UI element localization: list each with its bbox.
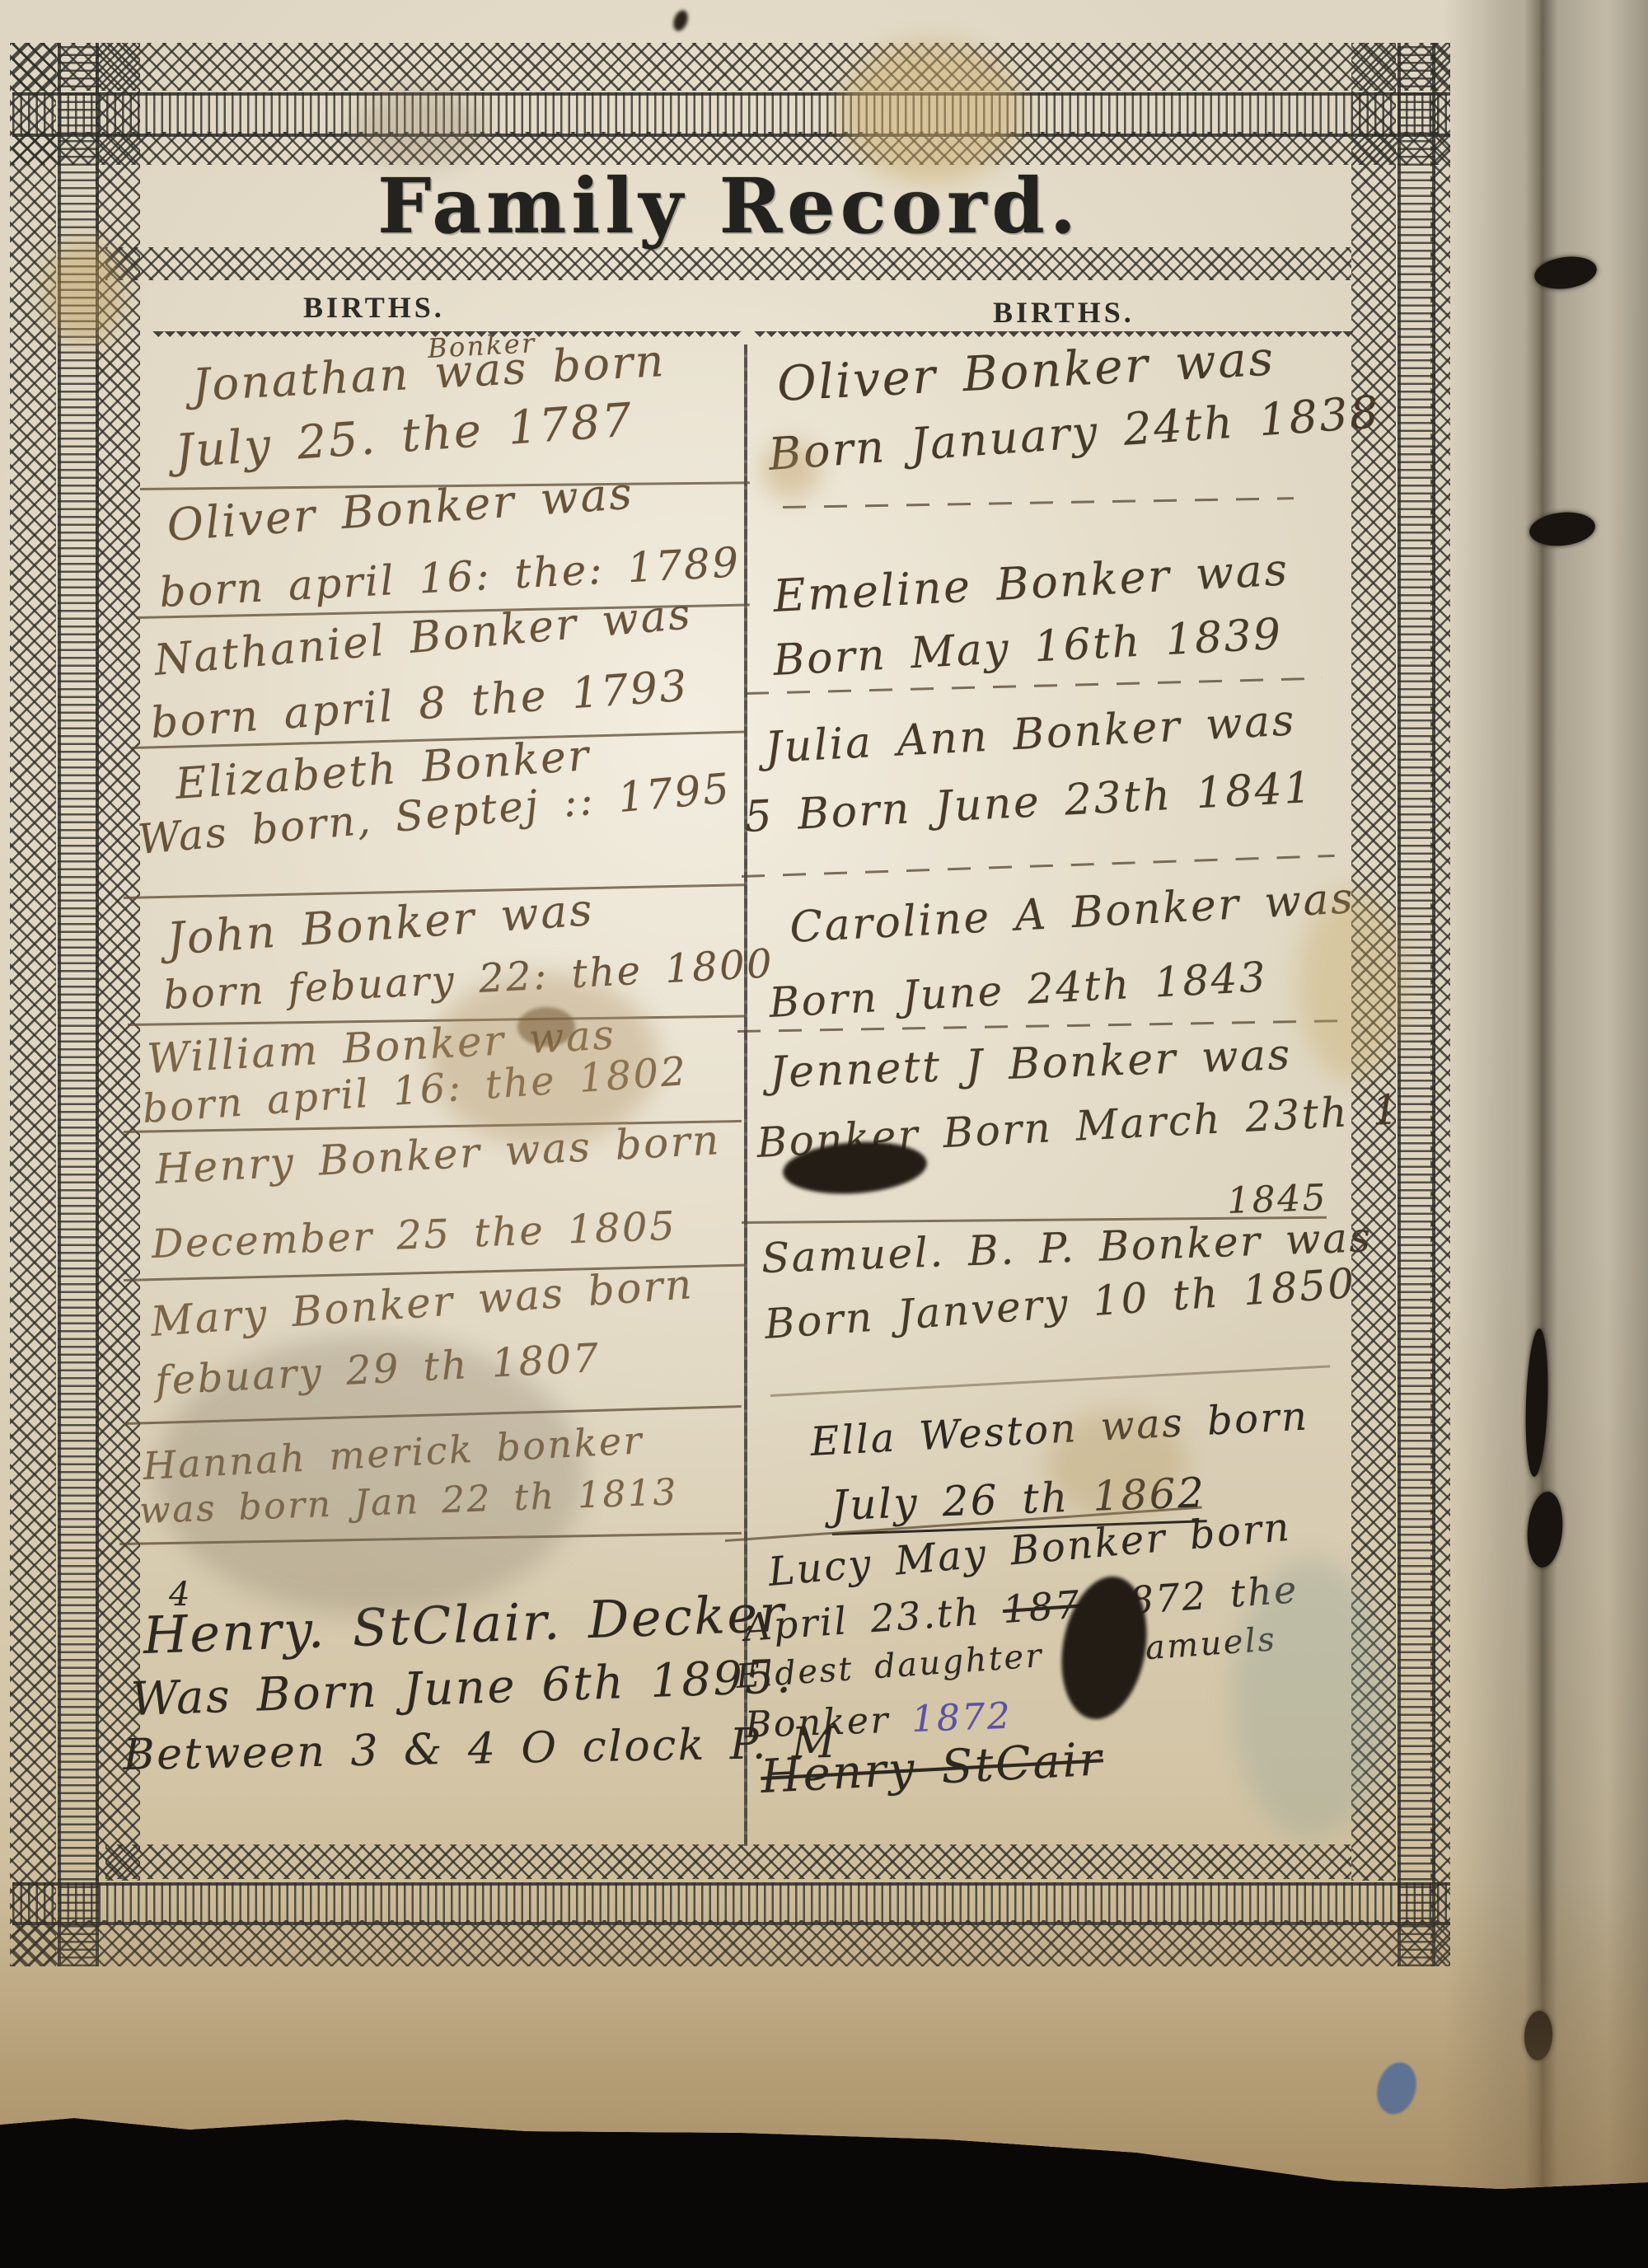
border-lattice-below-title [105, 247, 1351, 280]
border-lattice-bottom-inner [105, 1844, 1351, 1879]
stitch-hole [1528, 509, 1597, 549]
border-lattice-bottom-outer [12, 1920, 1450, 1966]
handwritten-line: Julia Ann Bonker was [764, 696, 1297, 773]
border-ladder-bottom [12, 1882, 1450, 1925]
handwritten-line: Born May 16th 1839 [772, 610, 1284, 686]
age-stain [45, 239, 124, 346]
stitch-hole [1523, 2010, 1553, 2061]
age-stain [157, 1335, 585, 1615]
handwritten-line: Born June 24th 1843 [768, 953, 1269, 1027]
stitch-hole [1533, 253, 1599, 293]
handwritten-line: Oliver Bonker was [166, 467, 636, 551]
page-title: Family Record. [0, 162, 1458, 251]
scanned-book-photo: Family Record. BIRTHS. BIRTHS. BonkerJon… [0, 0, 1648, 2268]
handwritten-line: 5 Born June 23th 1841 [743, 763, 1314, 842]
border-lattice-top-inner [12, 132, 1450, 165]
entry-separator-line [783, 497, 1294, 508]
handwritten-line: Emeline Bonker was [772, 543, 1290, 622]
age-stain [428, 972, 659, 1146]
age-stain [1232, 1558, 1388, 1838]
border-ladder-top [12, 92, 1450, 137]
age-stain [762, 441, 820, 499]
gutter-crease [1524, 0, 1557, 2268]
blue-ink-mark [1371, 2058, 1422, 2119]
stitch-hole [1524, 1328, 1550, 1478]
border-lattice-left-outer [10, 43, 56, 1966]
entry-separator-line [770, 1365, 1330, 1397]
handwritten-segment: Bonker [744, 1699, 912, 1746]
age-stain [1046, 1409, 1187, 1516]
age-stain [1298, 890, 1405, 1080]
handwritten-line: December 25 the 1805 [151, 1203, 677, 1268]
border-lattice-right-outer [1430, 43, 1450, 1966]
births-header-right: BIRTHS. [993, 295, 1135, 330]
age-stain [840, 41, 1022, 181]
stitch-hole [1524, 1490, 1566, 1568]
births-header-left: BIRTHS. [303, 290, 445, 325]
handwritten-line: Between 3 & 4 O clock P. M [123, 1718, 838, 1780]
age-stain [354, 91, 486, 165]
handwritten-line: Caroline A Bonker was [789, 874, 1356, 953]
ink-blot [671, 8, 691, 33]
ink-blot [517, 1007, 575, 1047]
entry-separator-line [742, 855, 1335, 878]
handwritten-line: Jennett J Bonker was [769, 1030, 1293, 1098]
book-gutter [1444, 0, 1648, 2268]
family-record-page: Family Record. BIRTHS. BIRTHS. BonkerJon… [0, 0, 1648, 2268]
handwritten-segment: 1872 [911, 1695, 1013, 1741]
border-lattice-top-outer [12, 43, 1450, 91]
